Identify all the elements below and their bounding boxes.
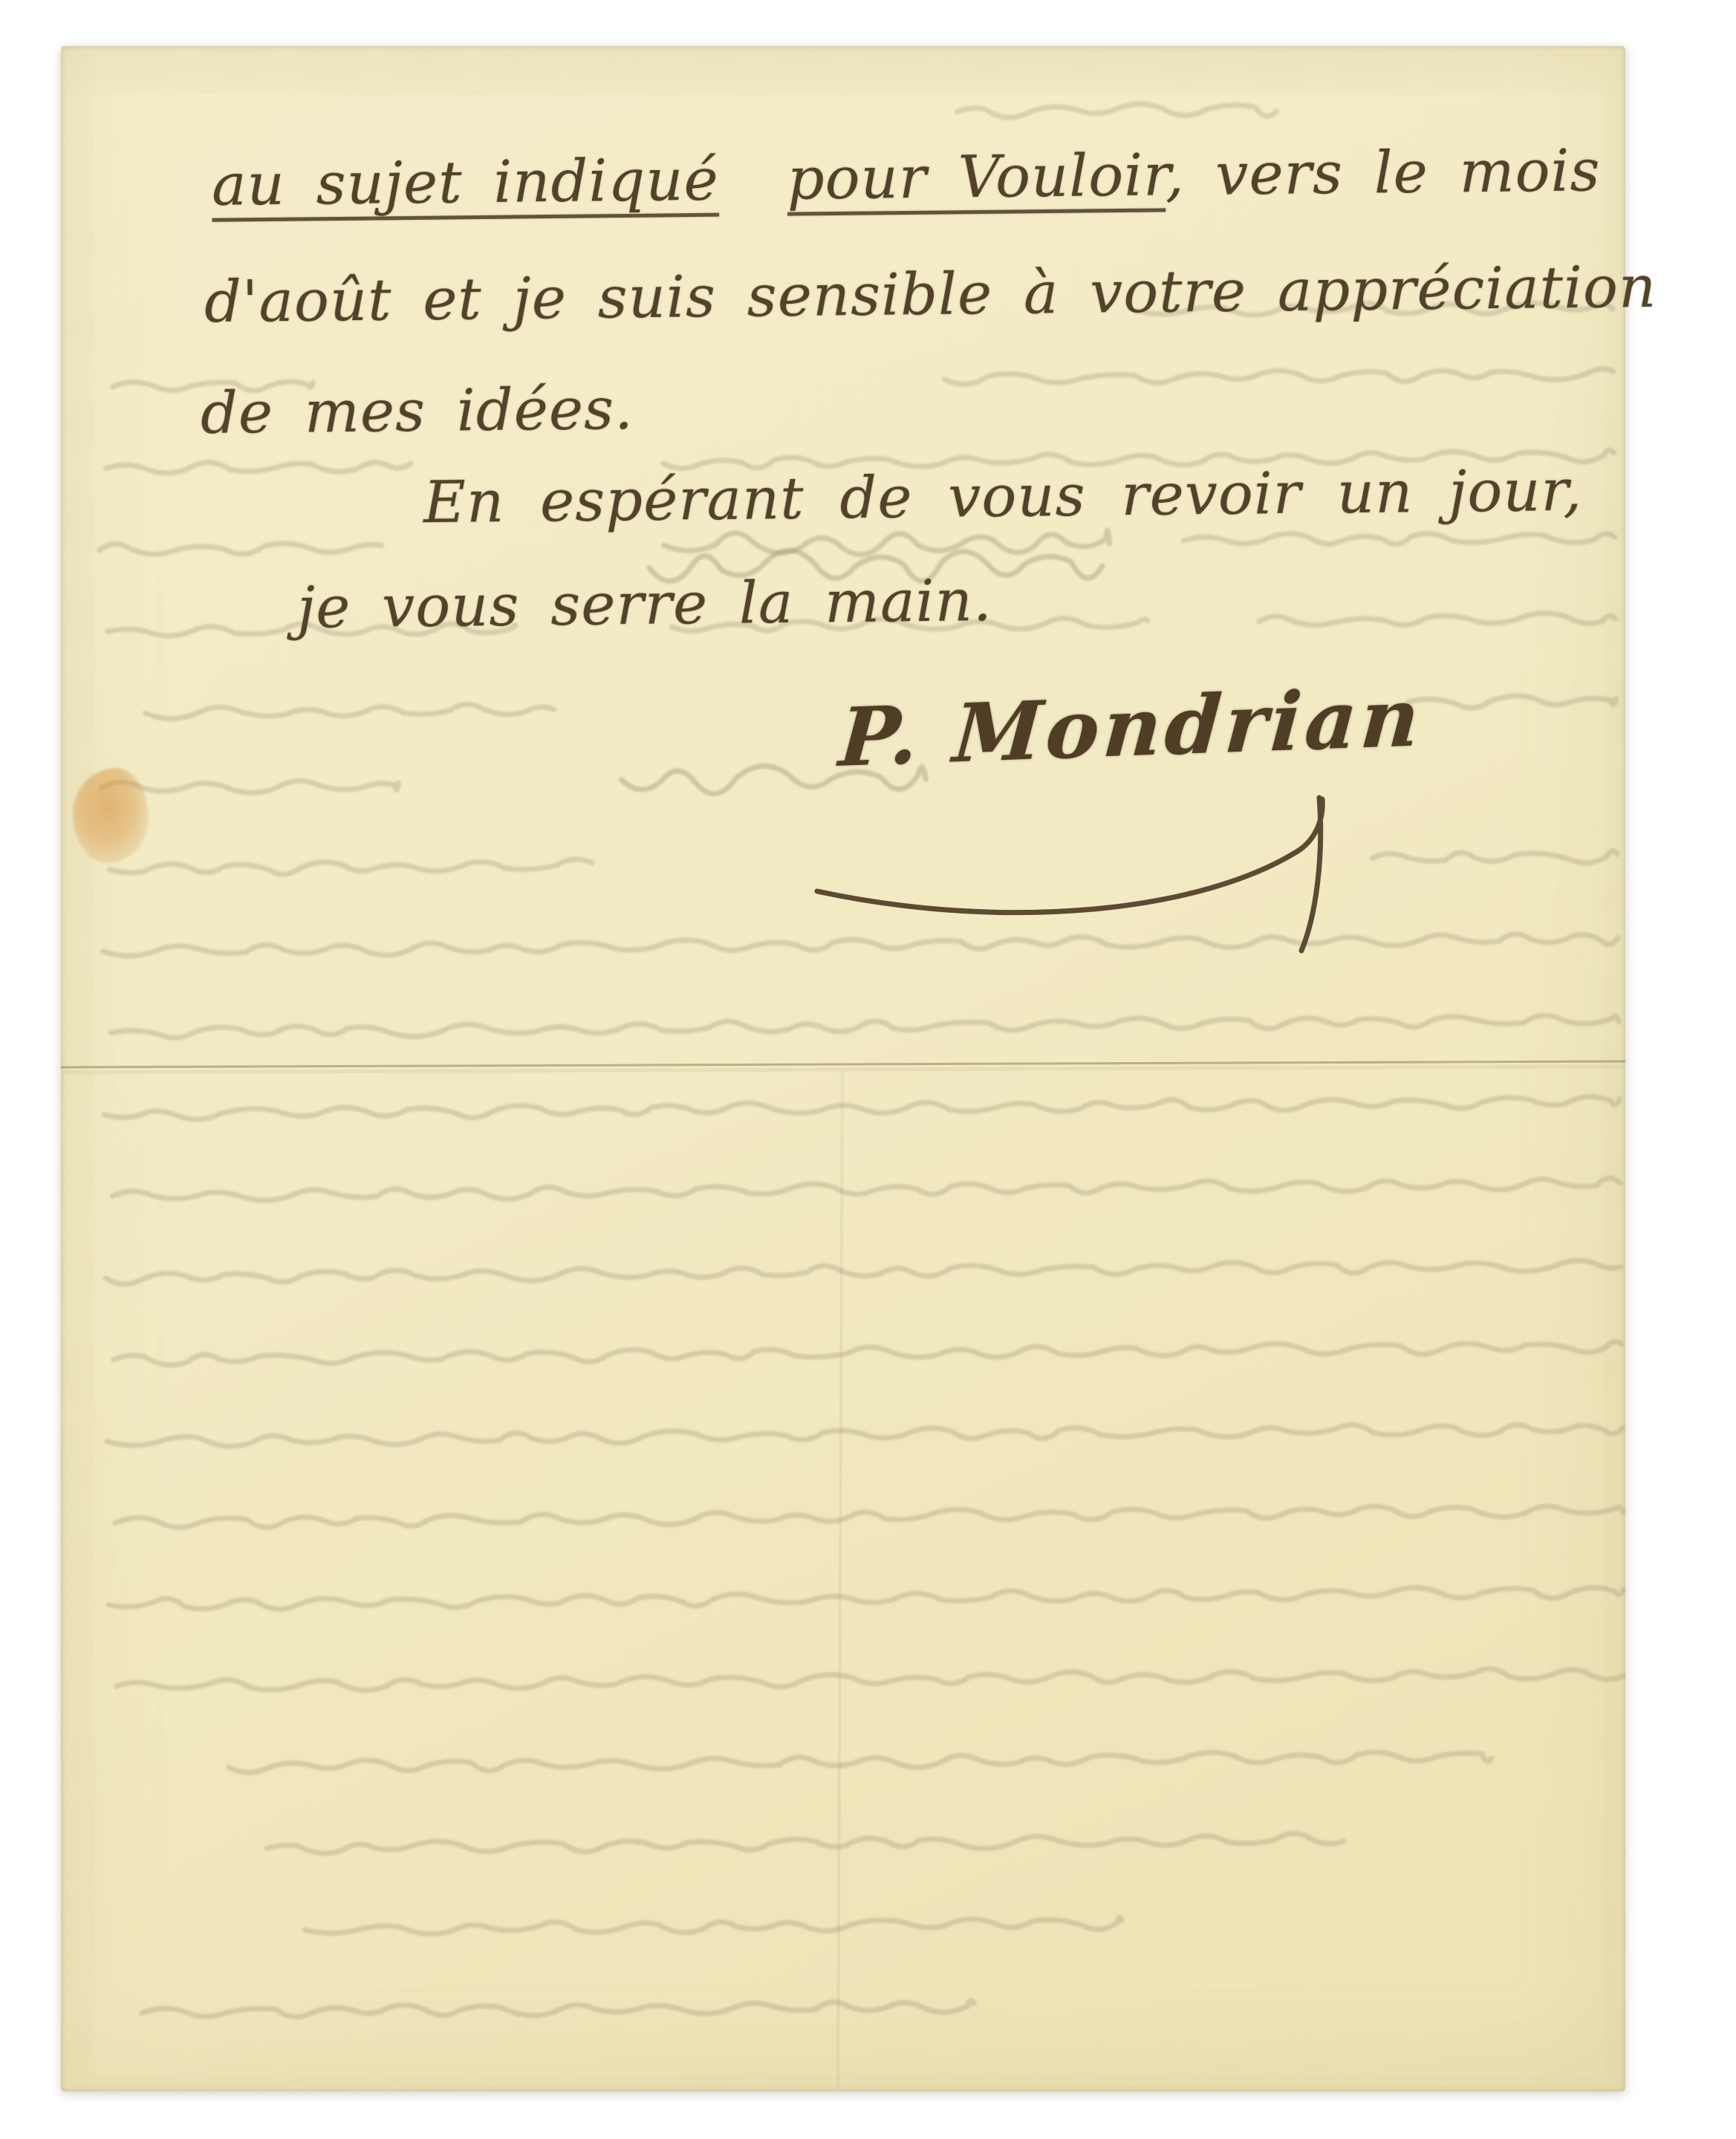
paper-stain xyxy=(73,768,149,863)
fold-crease xyxy=(61,1061,1625,1072)
underlined-phrase-sujet: au sujet indiqué xyxy=(212,147,720,219)
body-line-1-tail: , vers le mois xyxy=(1165,137,1601,209)
letter-page: au sujet indiquépour Vouloir, vers le mo… xyxy=(61,46,1625,2091)
underlined-phrase-vouloir: pour Vouloir xyxy=(787,142,1166,212)
decoration-layer xyxy=(61,46,1625,2091)
scan-background: { "scan": { "paper_color": "#f2eac3", "i… xyxy=(0,0,1736,2139)
vertical-crease xyxy=(838,1071,842,2088)
signature-flourish xyxy=(817,798,1322,951)
closing-line-1: En espérant de vous revoir un jour, xyxy=(423,458,1583,536)
closing-line-2: je vous serre la main. xyxy=(297,567,993,642)
body-line-3: de mes idées. xyxy=(201,376,634,447)
